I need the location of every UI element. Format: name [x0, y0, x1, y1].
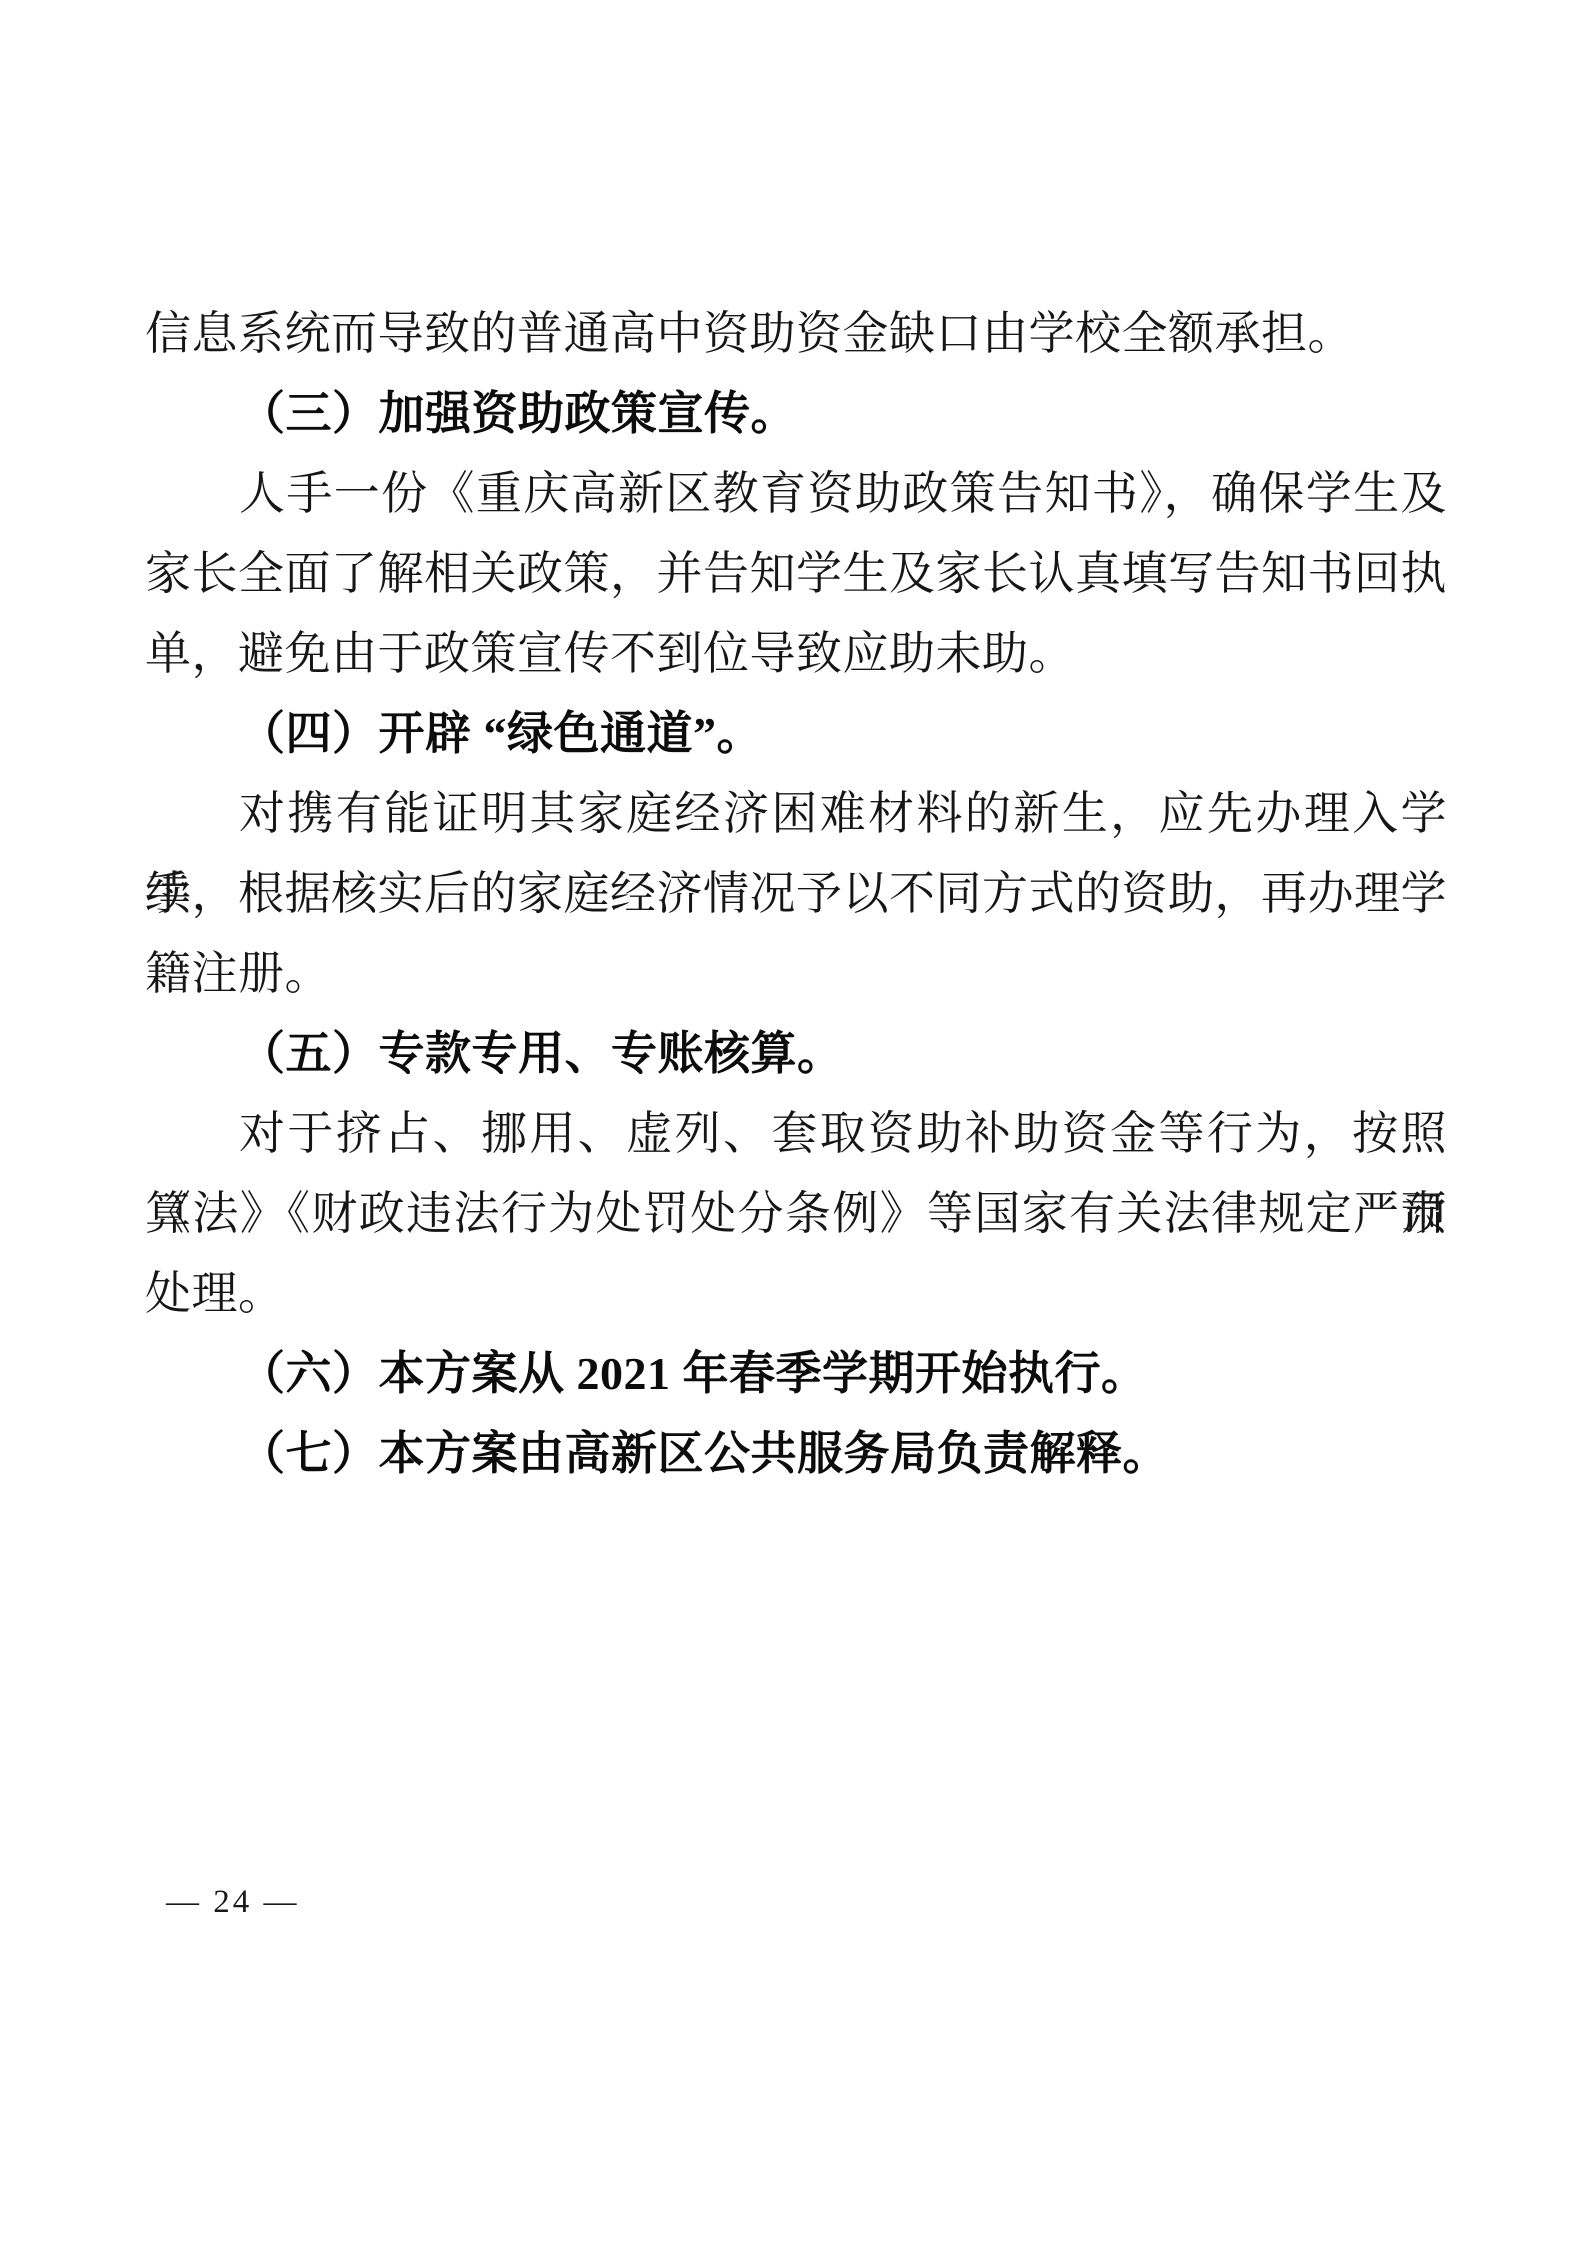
body-line: 算法》《财政违法行为处罚处分条例》等国家有关法律规定严肃 [145, 1174, 1447, 1254]
document-page: 信息系统而导致的普通高中资助资金缺口由学校全额承担。 （三）加强资助政策宣传。 … [0, 0, 1587, 2245]
page-number: — 24 — [166, 1880, 300, 1924]
body-line-continuation: 信息系统而导致的普通高中资助资金缺口由学校全额承担。 [145, 294, 1447, 374]
body-line: 家长全面了解相关政策，并告知学生及家长认真填写告知书回执 [145, 534, 1447, 614]
body-line: 对于挤占、挪用、虚列、套取资助补助资金等行为，按照《预 [145, 1094, 1447, 1174]
body-line: 人手一份《重庆高新区教育资助政策告知书》，确保学生及 [145, 454, 1447, 534]
document-body: 信息系统而导致的普通高中资助资金缺口由学校全额承担。 （三）加强资助政策宣传。 … [145, 294, 1447, 1494]
heading-section-7: （七）本方案由高新区公共服务局负责解释。 [145, 1414, 1447, 1494]
body-line: 籍注册。 [145, 934, 1447, 1014]
heading-section-3: （三）加强资助政策宣传。 [145, 374, 1447, 454]
heading-section-4: （四）开辟 “绿色通道”。 [145, 694, 1447, 774]
body-line: 处理。 [145, 1254, 1447, 1334]
heading-section-5: （五）专款专用、专账核算。 [145, 1014, 1447, 1094]
heading-section-6: （六）本方案从 2021 年春季学期开始执行。 [145, 1334, 1447, 1414]
body-line: 对携有能证明其家庭经济困难材料的新生，应先办理入学手 [145, 774, 1447, 854]
body-line: 单，避免由于政策宣传不到位导致应助未助。 [145, 614, 1447, 694]
body-line: 续，根据核实后的家庭经济情况予以不同方式的资助，再办理学 [145, 854, 1447, 934]
